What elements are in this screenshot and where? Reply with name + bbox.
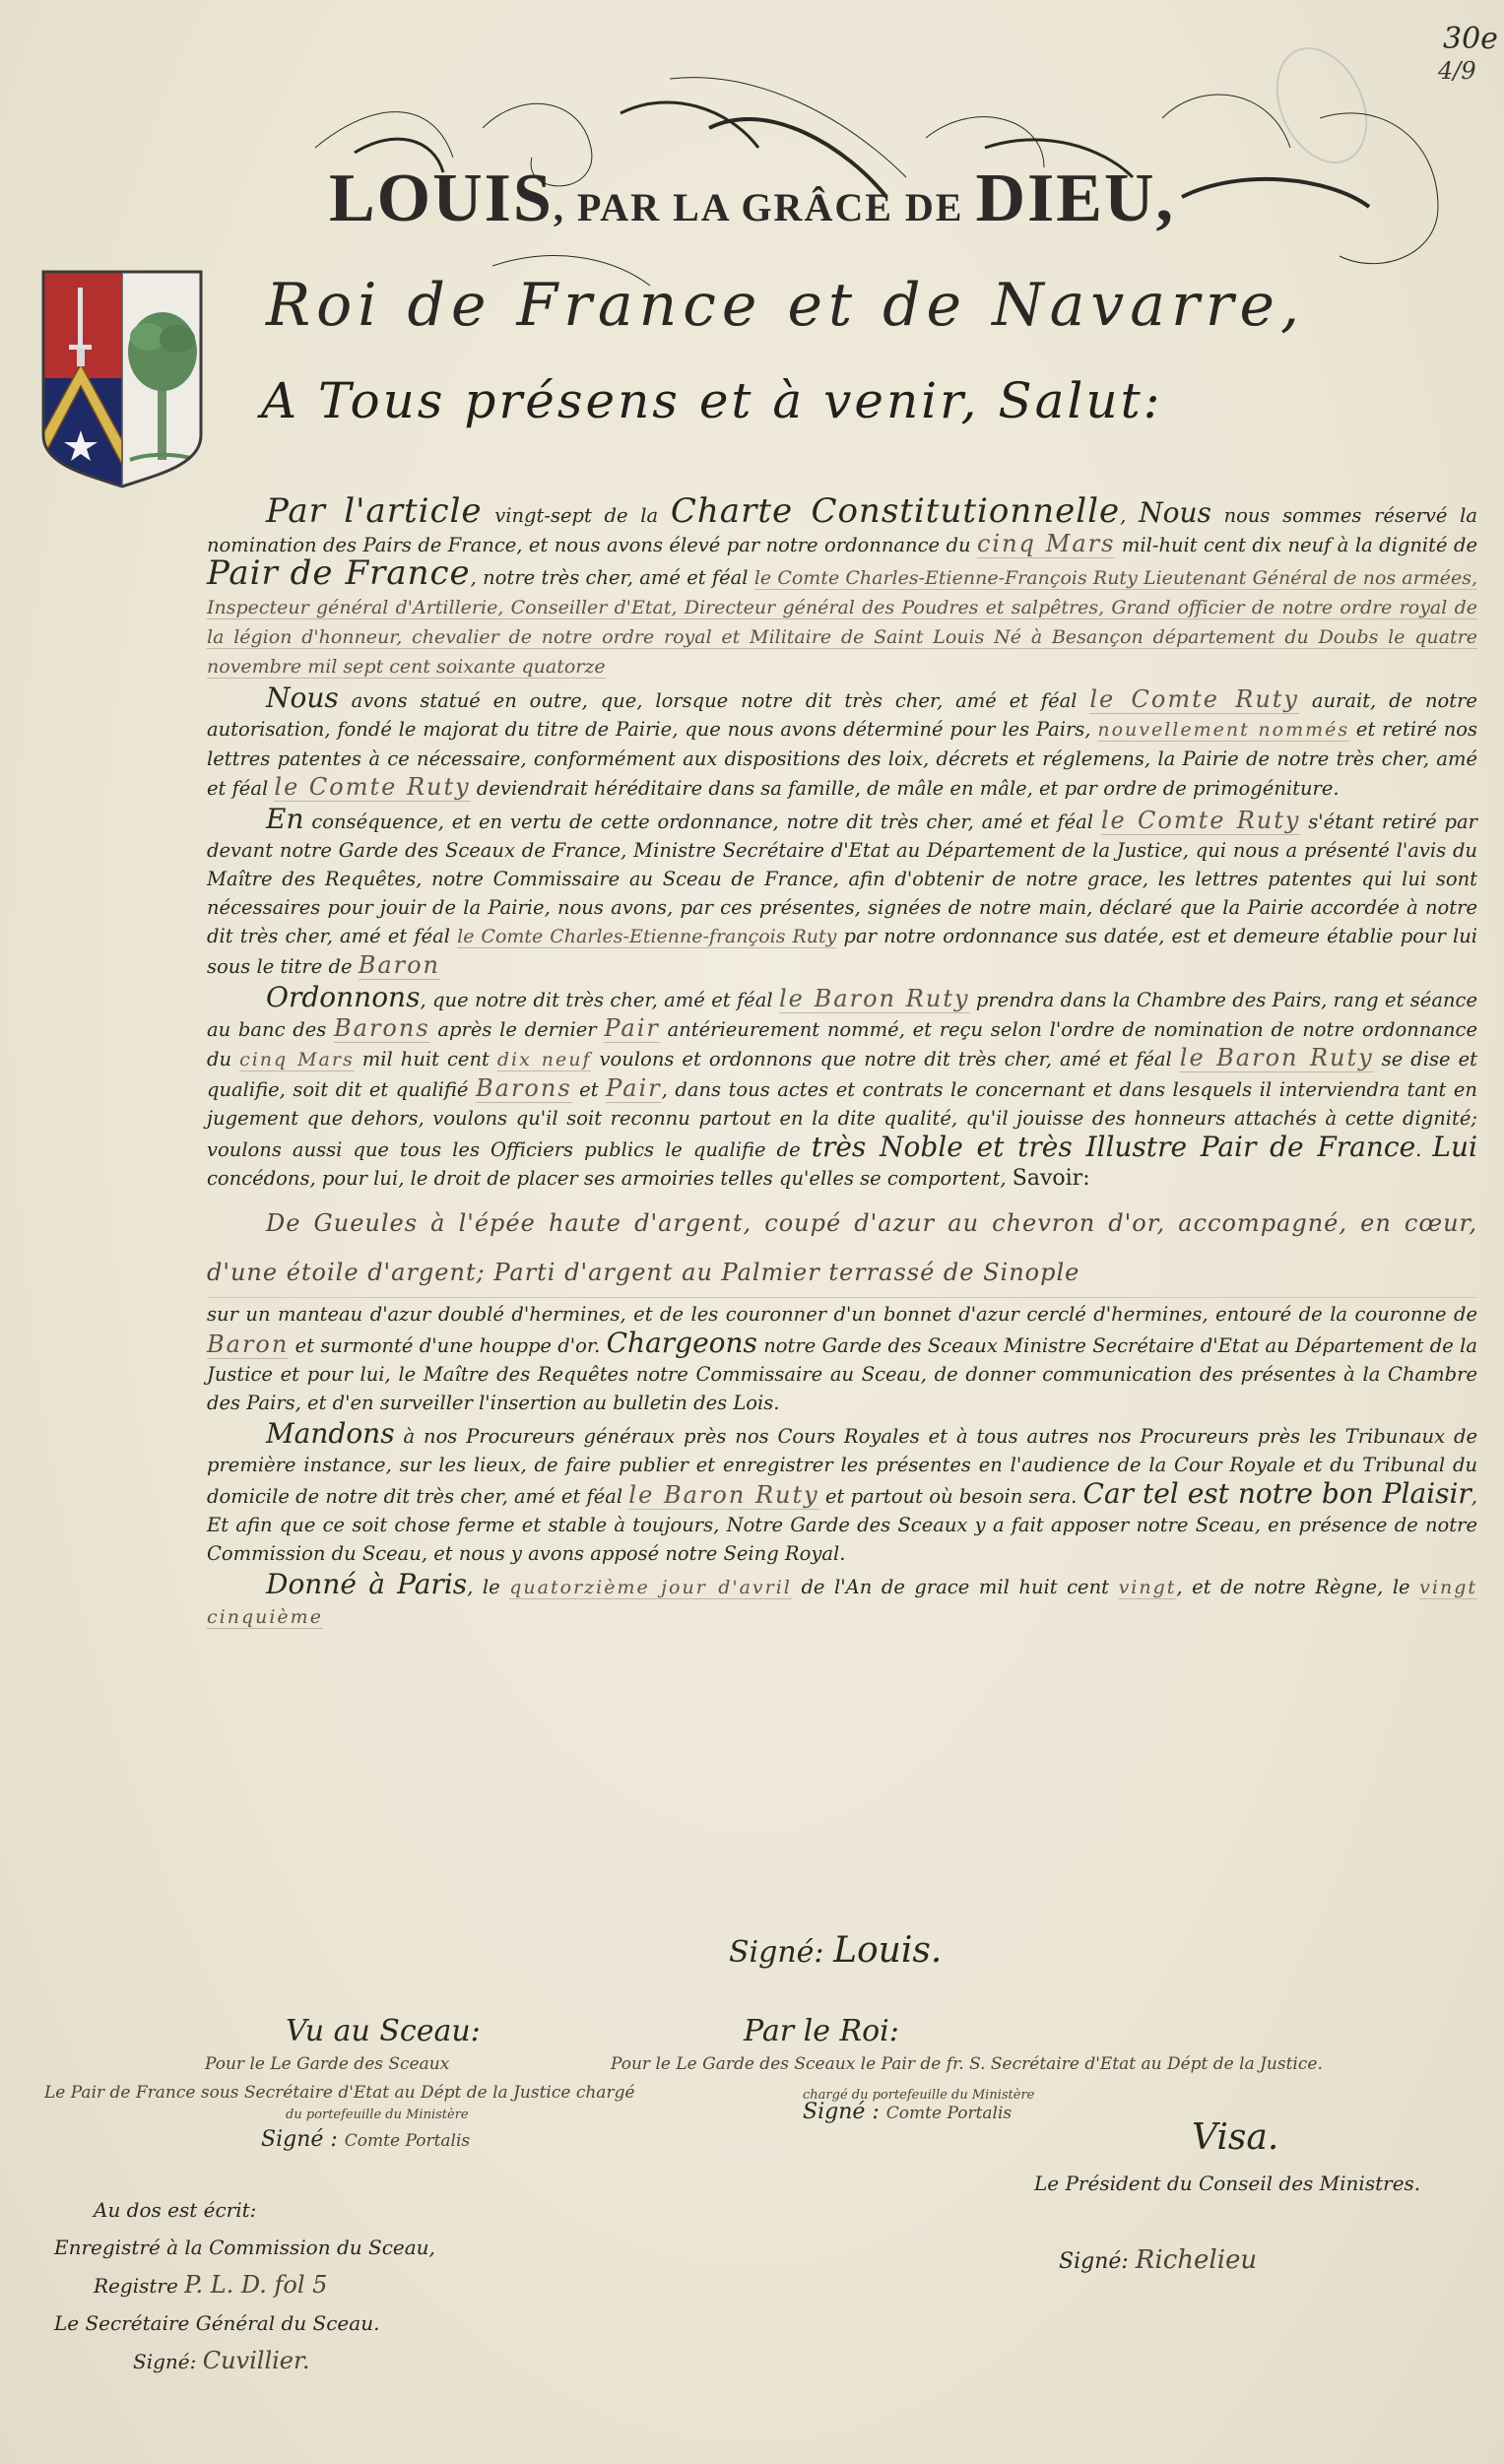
heading-dieu: DIEU <box>975 161 1155 236</box>
president-signature: Signé: Richelieu <box>1059 2245 1257 2275</box>
coat-of-arms-icon <box>39 268 205 489</box>
document-heading: LOUIS, PAR LA GRÂCE DE DIEU, <box>0 160 1504 238</box>
paragraph-donne: Donné à Paris, le quatorzième jour d'avr… <box>207 1570 1477 1632</box>
paragraph-ordonnons: Ordonnons, que notre dit très cher, amé … <box>207 983 1477 1193</box>
paragraph-majorat: Nous avons statué en outre, que, lorsque… <box>207 683 1477 803</box>
letters-patent-page: 30e 4/9 LOUIS, PAR LA GRÂCE DE DIEU, Roi… <box>0 0 1504 2464</box>
paragraph-consequence: En conséquence, et en vertu de cette ord… <box>207 805 1477 981</box>
endorsement-block: Au dos est écrit: Enregistré à la Commis… <box>54 2191 435 2380</box>
vu-au-sceau: Vu au Sceau: <box>286 2014 481 2048</box>
salutation: A Tous présens et à venir, Salut: <box>261 372 1163 429</box>
right-signature: Signé : Comte Portalis <box>803 2100 1012 2124</box>
paragraph-mandons: Mandons à nos Procureurs généraux près n… <box>207 1419 1477 1568</box>
left-signature: Signé : Comte Portalis <box>261 2127 470 2152</box>
left-countersign-line3: du portefeuille du Ministère <box>286 2107 469 2122</box>
blazon-description: De Gueules à l'épée haute d'argent, coup… <box>207 1199 1477 1298</box>
right-countersign-line1: Pour le Le Garde des Sceaux le Pair de f… <box>611 2054 1323 2074</box>
heading-louis: LOUIS <box>329 161 554 236</box>
king-signature: Signé: Louis. <box>729 1930 942 1971</box>
royal-title: Roi de France et de Navarre, <box>266 271 1305 340</box>
document-body: Par l'article vingt-sept de la Charte Co… <box>207 497 1477 1634</box>
visa-label: Visa. <box>1192 2117 1278 2158</box>
paragraph-chargeons: sur un manteau d'azur doublé d'hermines,… <box>207 1300 1477 1417</box>
left-countersign-line2: Le Pair de France sous Secrétaire d'Etat… <box>44 2083 635 2103</box>
heading-par-la-grace: , PAR LA GRÂCE DE <box>554 185 976 229</box>
paragraph-charte: Par l'article vingt-sept de la Charte Co… <box>207 497 1477 681</box>
president-label: Le Président du Conseil des Ministres. <box>1034 2172 1420 2195</box>
par-le-roi: Par le Roi: <box>744 2014 899 2048</box>
left-countersign-line1: Pour le Le Garde des Sceaux <box>205 2054 449 2074</box>
folio-number: 30e <box>1443 22 1498 56</box>
